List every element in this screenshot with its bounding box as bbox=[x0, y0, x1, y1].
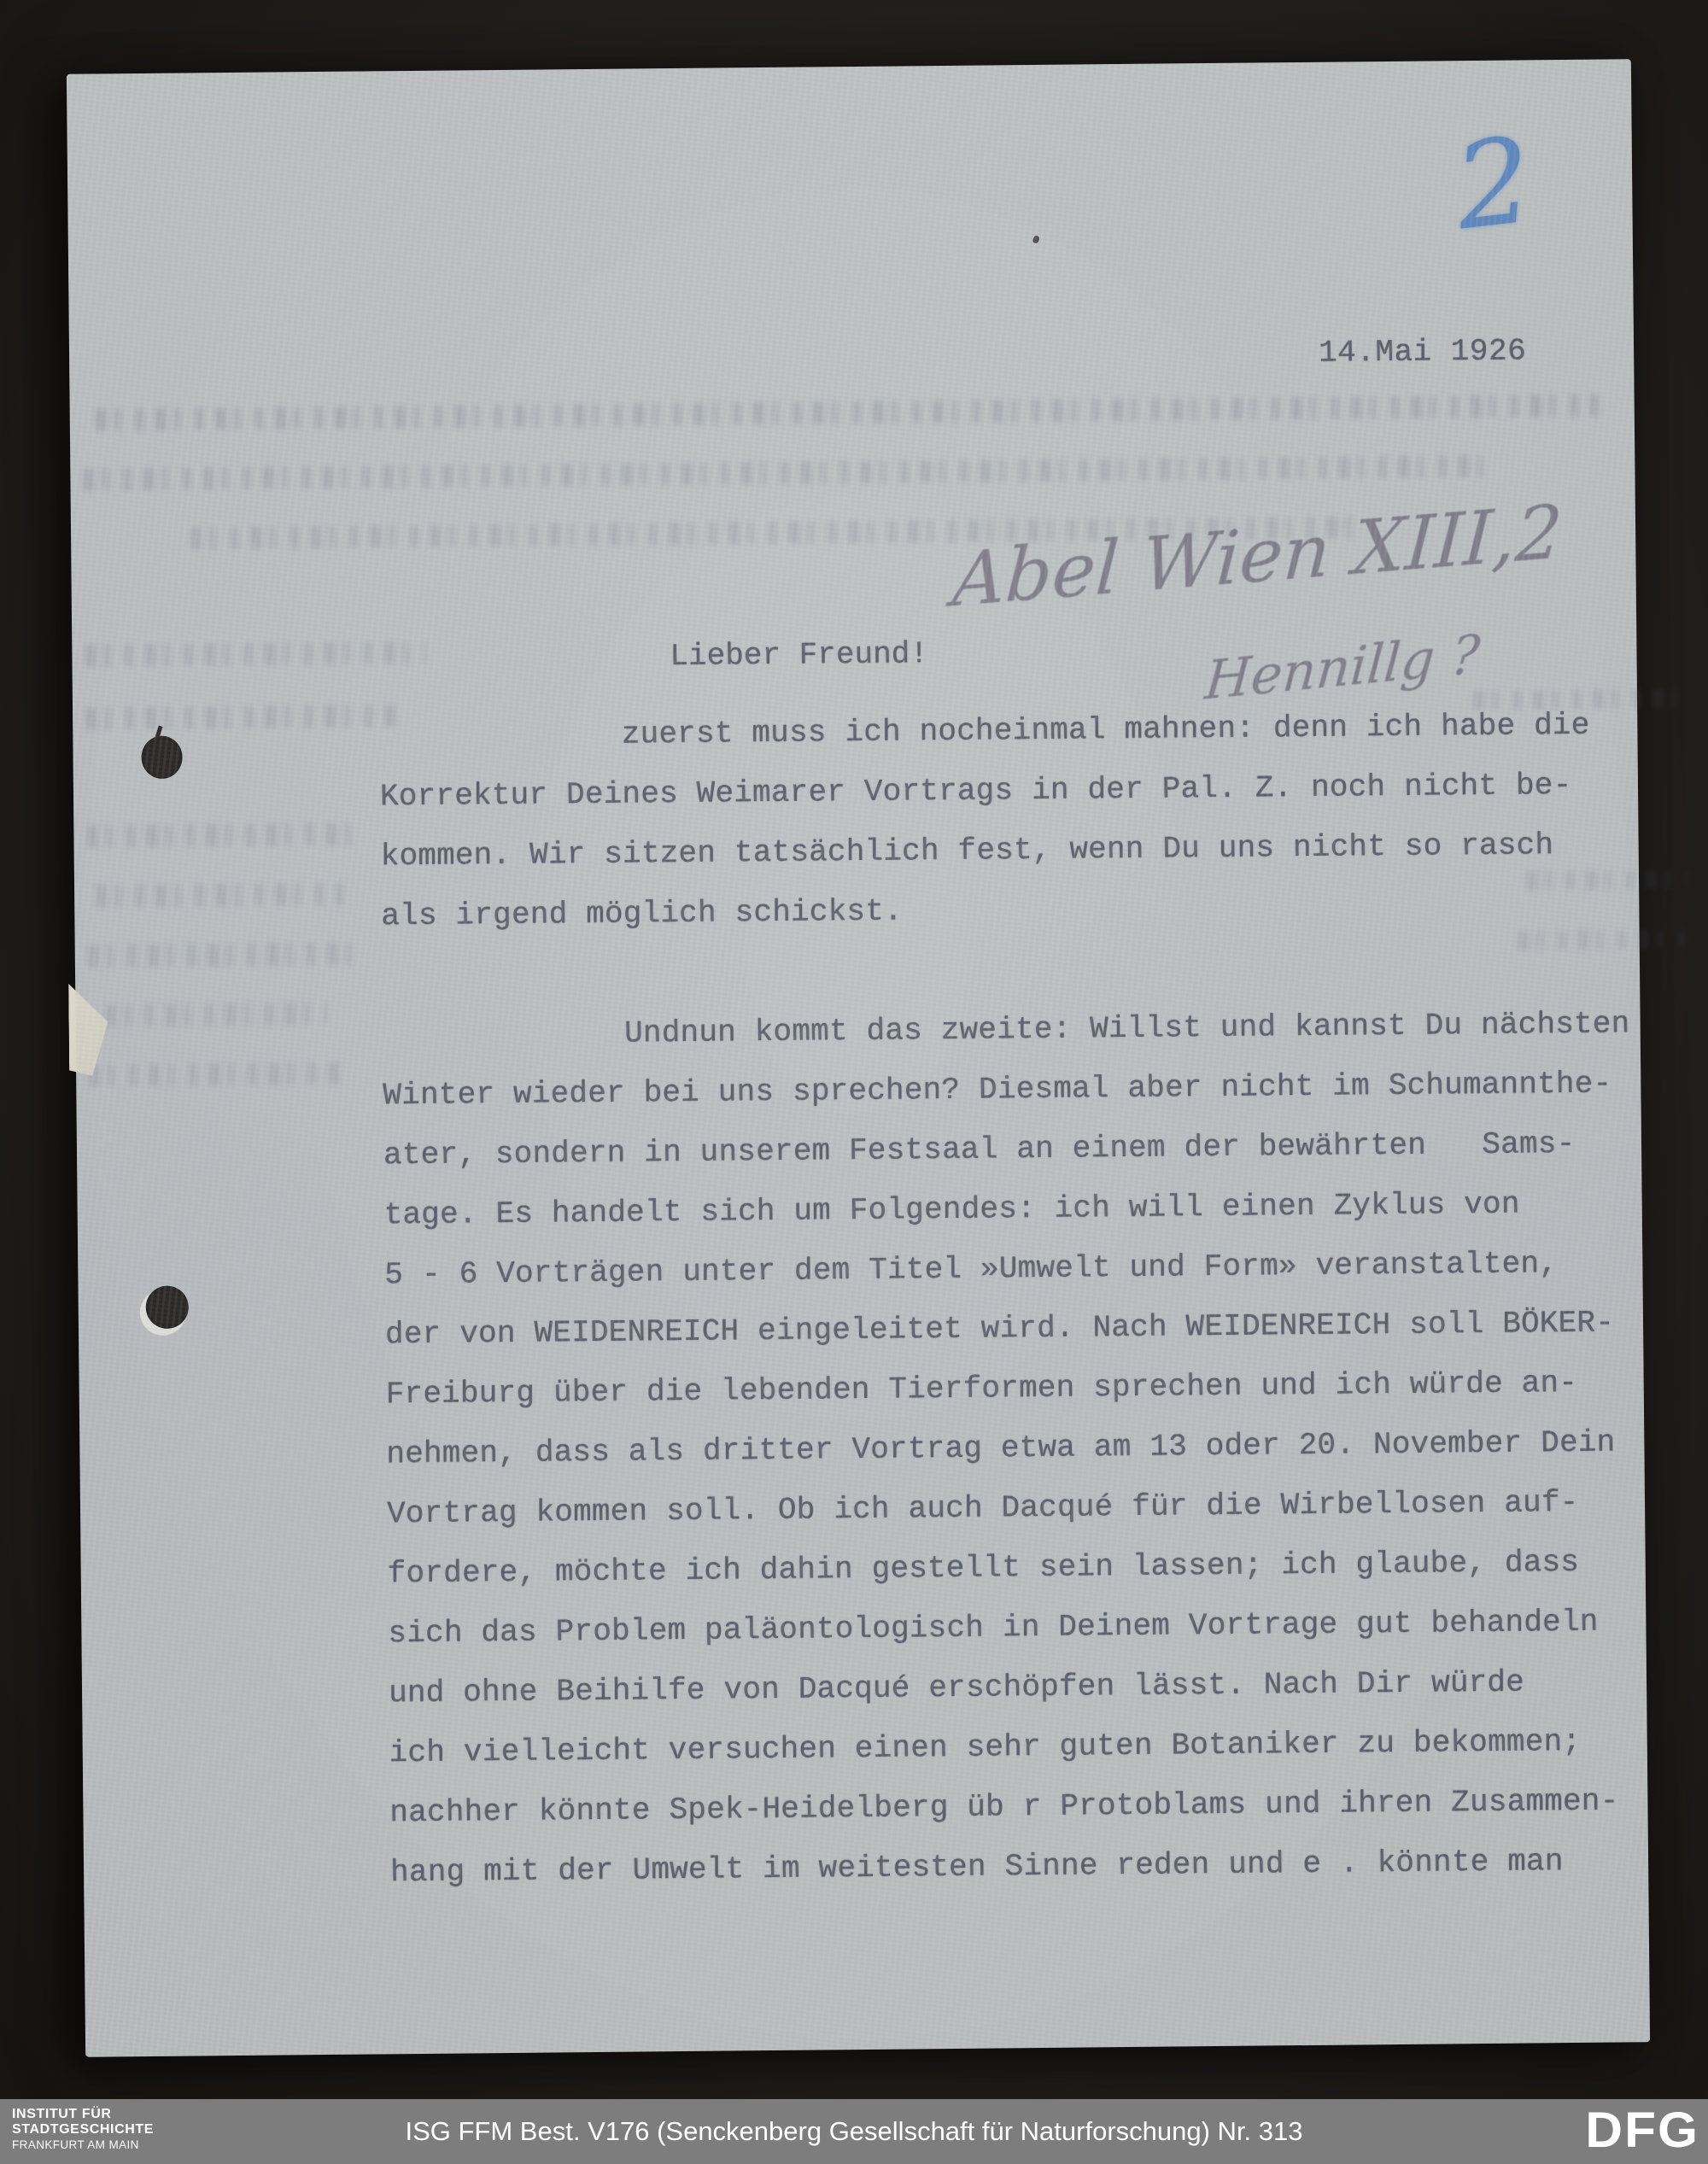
bleedthrough-line bbox=[83, 455, 1483, 491]
paper-speck bbox=[1032, 235, 1041, 244]
bleedthrough-line bbox=[105, 1003, 327, 1026]
bleedthrough-line bbox=[89, 1062, 345, 1087]
bleedthrough-line bbox=[85, 705, 401, 730]
punch-hole-bottom bbox=[146, 1286, 189, 1329]
bleedthrough-line bbox=[96, 883, 343, 908]
institute-logo: INSTITUT FÜR STADTGESCHICHTE FRANKFURT A… bbox=[12, 2107, 154, 2153]
bleedthrough-line bbox=[88, 943, 353, 968]
torn-notch bbox=[68, 983, 114, 1075]
letter-date: 14.Mai 1926 bbox=[1319, 333, 1527, 370]
bleedthrough-line bbox=[85, 641, 426, 667]
institute-line1: INSTITUT FÜR bbox=[12, 2107, 154, 2122]
punch-hole-top bbox=[141, 736, 182, 779]
dfg-logo: DFG bbox=[1585, 2102, 1699, 2159]
bleedthrough-line bbox=[86, 823, 351, 848]
archive-caption: ISG FFM Best. V176 (Senckenberg Gesellsc… bbox=[405, 2116, 1302, 2147]
annotation-handwritten-line1: Abel Wien XIII,2 bbox=[950, 489, 1565, 624]
letter-paper: 2 14.Mai 1926 Lieber Freund! Abel Wien X… bbox=[67, 59, 1650, 2056]
bleedthrough-line bbox=[96, 395, 1599, 431]
institute-line2: STADTGESCHICHTE bbox=[12, 2122, 154, 2138]
institute-line3: FRANKFURT AM MAIN bbox=[12, 2138, 154, 2153]
footer-bar: INSTITUT FÜR STADTGESCHICHTE FRANKFURT A… bbox=[0, 2099, 1708, 2164]
salutation: Lieber Freund! bbox=[670, 636, 928, 674]
page-number-handwritten: 2 bbox=[1448, 111, 1539, 256]
scan-background: { "page_number": "2", "letter": { "date"… bbox=[0, 0, 1708, 2164]
letter-body: zuerst muss ich nocheinmal mahnen: denn … bbox=[379, 694, 1708, 1903]
